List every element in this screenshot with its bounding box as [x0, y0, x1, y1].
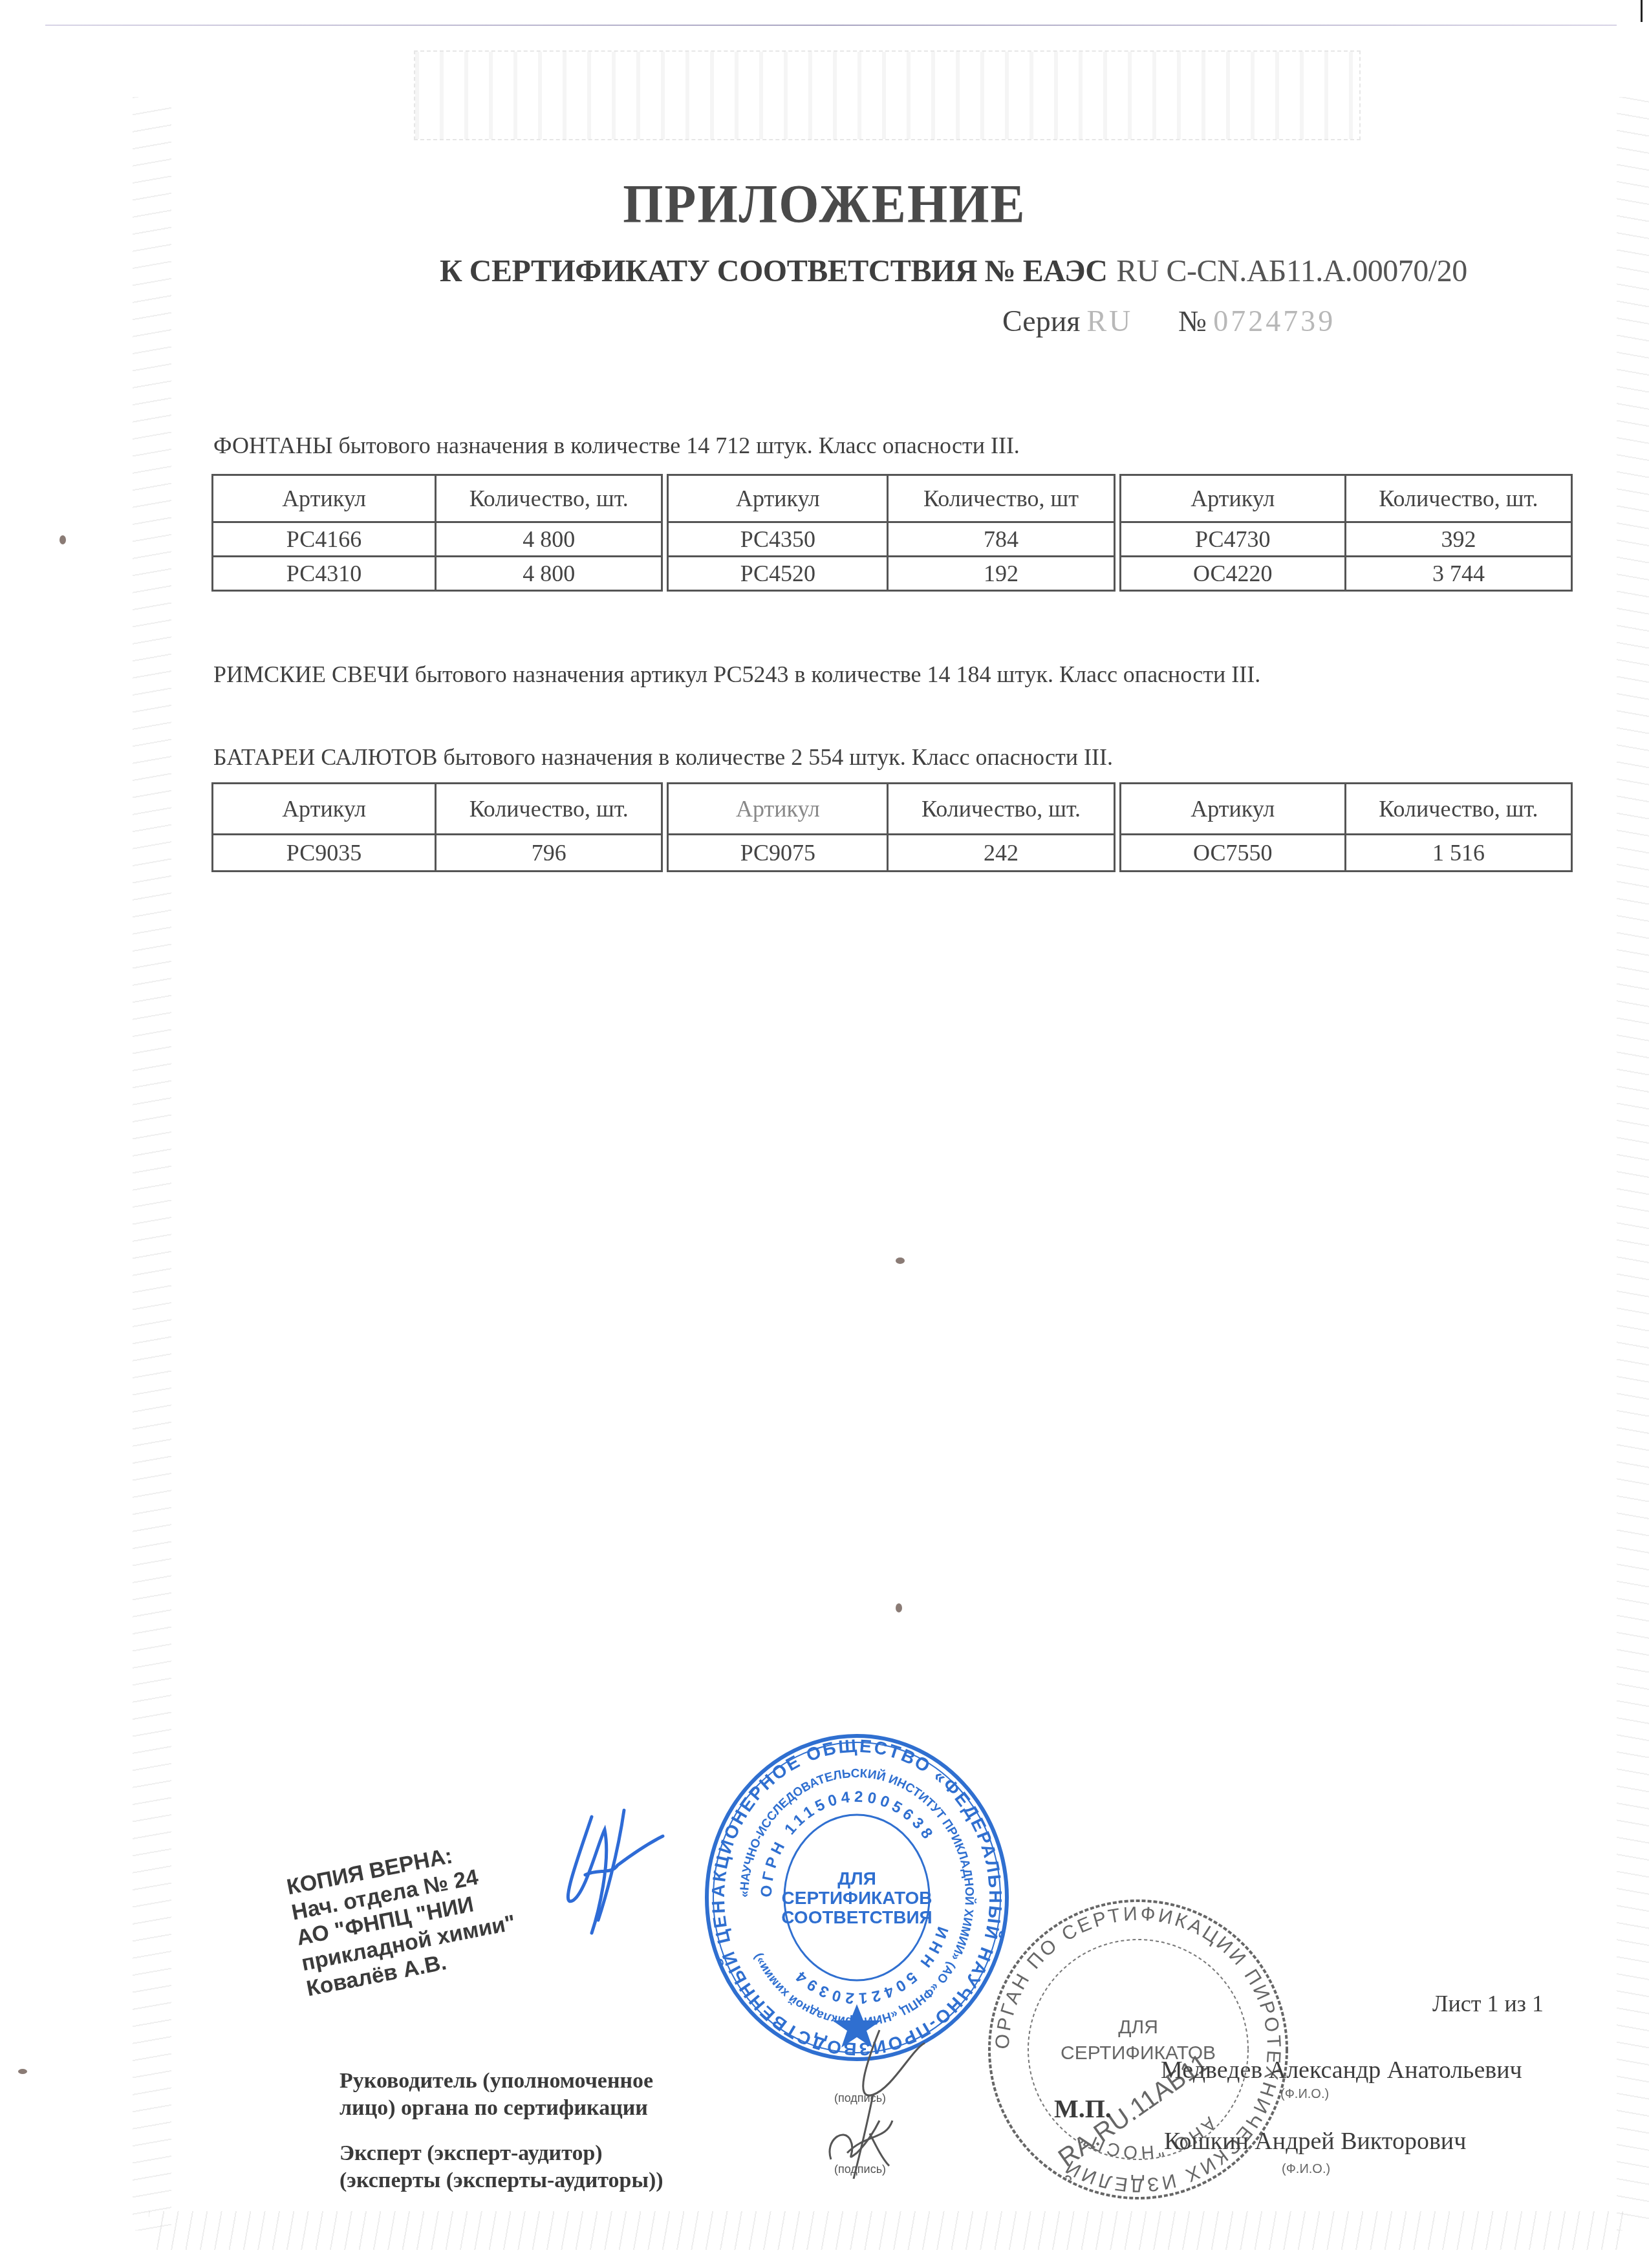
guilloche-border-bottom: [149, 2211, 1623, 2250]
table-cell: 4 800: [436, 522, 662, 557]
seal-center-line: СООТВЕТСТВИЯ: [781, 1907, 932, 1927]
table-header-row: Артикул Количество, шт. Артикул Количест…: [213, 784, 1572, 835]
header-cell: Артикул: [213, 475, 436, 522]
scan-edge-line: [45, 25, 1617, 26]
table-cell: РС9035: [213, 835, 436, 872]
label-line: Эксперт (эксперт-аудитор): [339, 2140, 663, 2167]
header-cell: Артикул: [668, 784, 888, 835]
certification-body-seal-icon: ОРГАН ПО СЕРТИФИКАЦИИ ПИРОТЕХНИЧЕСКИХ ИЗ…: [983, 1894, 1293, 2205]
label-line: лицо) органа по сертификации: [339, 2095, 653, 2122]
security-watermark-band: [414, 50, 1361, 140]
table-cell: РС4166: [213, 522, 436, 557]
head-full-name: Медведев Александр Анатольевич: [1161, 2056, 1522, 2084]
certificate-reference: К СЕРТИФИКАТУ СООТВЕТСТВИЯ № ЕАЭСRU С-CN…: [440, 253, 1467, 289]
signature-blue-icon: [553, 1804, 682, 1959]
scan-speck: [896, 1603, 902, 1612]
header-cell: Количество, шт.: [436, 784, 662, 835]
expert-full-name: Кошкин Андрей Викторович: [1164, 2127, 1466, 2156]
table-row: РС4310 4 800 РС4520 192 ОС4220 3 744: [213, 557, 1572, 591]
expert-label: Эксперт (эксперт-аудитор) (эксперты (экс…: [339, 2140, 663, 2194]
table-cell: РС4350: [668, 522, 888, 557]
table-cell: 3 744: [1345, 557, 1571, 591]
header-cell: Количество, шт.: [1345, 475, 1571, 522]
series-value: RU: [1086, 305, 1133, 337]
table-cell: 1 516: [1345, 835, 1571, 872]
table-cell: ОС4220: [1120, 557, 1345, 591]
header-cell: Артикул: [1120, 784, 1345, 835]
label-line: (эксперты (эксперты-аудиторы)): [339, 2167, 663, 2194]
table-cell: 4 800: [436, 557, 662, 591]
series-label: Серия: [1002, 305, 1080, 337]
form-number: 0724739: [1213, 305, 1335, 337]
scan-speck: [18, 2069, 27, 2074]
batteries-table: Артикул Количество, шт. Артикул Количест…: [211, 782, 1573, 872]
header-cell: Количество, шт: [888, 475, 1114, 522]
batteries-heading: БАТАРЕИ САЛЮТОВ бытового назначения в ко…: [213, 744, 1113, 771]
table-cell: 192: [888, 557, 1114, 591]
form-series: СерияRU№0724739: [1002, 304, 1335, 338]
head-of-body-label: Руководитель (уполномоченное лицо) орган…: [339, 2068, 653, 2122]
number-label: №: [1178, 305, 1207, 337]
header-cell: Количество, шт.: [888, 784, 1114, 835]
table-cell: ОС7550: [1120, 835, 1345, 872]
seal-center-line: ДЛЯ: [837, 1868, 876, 1888]
fio-caption: (Ф.И.О.): [1282, 2162, 1330, 2177]
table-cell: 392: [1345, 522, 1571, 557]
header-cell: Количество, шт.: [436, 475, 662, 522]
scan-speck: [896, 1257, 905, 1264]
header-cell: Артикул: [1120, 475, 1345, 522]
signature-caption: (подпись): [834, 2091, 886, 2105]
fountains-heading: ФОНТАНЫ бытового назначения в количестве…: [213, 432, 1020, 459]
subtitle-text: К СЕРТИФИКАТУ СООТВЕТСТВИЯ № ЕАЭС: [440, 254, 1107, 288]
copy-certified-stamp: КОПИЯ ВЕРНА: Нач. отдела № 24 АО "ФНПЦ "…: [285, 1834, 523, 2002]
roman-candles-heading: РИМСКИЕ СВЕЧИ бытового назначения артику…: [213, 661, 1260, 688]
header-cell: Количество, шт.: [1345, 784, 1571, 835]
seal-place-label: М.П.: [1054, 2093, 1112, 2124]
fountains-table: Артикул Количество, шт. Артикул Количест…: [211, 474, 1573, 592]
header-cell: Артикул: [213, 784, 436, 835]
table-cell: 242: [888, 835, 1114, 872]
table-row: РС4166 4 800 РС4350 784 РС4730 392: [213, 522, 1572, 557]
guilloche-border-right: [1617, 97, 1649, 2231]
table-cell: РС4310: [213, 557, 436, 591]
table-cell: 784: [888, 522, 1114, 557]
certificate-number: RU С-CN.АБ11.А.00070/20: [1116, 254, 1467, 288]
scan-speck: [59, 535, 66, 544]
seal-center-line: ДЛЯ: [1118, 2017, 1158, 2038]
label-line: Руководитель (уполномоченное: [339, 2068, 653, 2095]
table-cell: 796: [436, 835, 662, 872]
header-cell: Артикул: [668, 475, 888, 522]
signature-expert-icon: [818, 2114, 909, 2172]
guilloche-border-left: [133, 97, 171, 2231]
table-cell: РС4730: [1120, 522, 1345, 557]
table-cell: РС9075: [668, 835, 888, 872]
table-row: РС9035 796 РС9075 242 ОС7550 1 516: [213, 835, 1572, 872]
table-header-row: Артикул Количество, шт. Артикул Количест…: [213, 475, 1572, 522]
sheet-counter: Лист 1 из 1: [1432, 1990, 1544, 2017]
seal-center-line: СЕРТИФИКАТОВ: [782, 1888, 932, 1908]
document-title: ПРИЛОЖЕНИЕ: [0, 175, 1649, 237]
table-cell: РС4520: [668, 557, 888, 591]
fio-caption: (Ф.И.О.): [1280, 2087, 1329, 2102]
organization-seal-blue-icon: АКЦИОНЕРНОЕ ОБЩЕСТВО «ФЕДЕРАЛЬНЫЙ НАУЧНО…: [702, 1733, 1012, 2062]
scan-edge-corner: [1641, 0, 1643, 22]
